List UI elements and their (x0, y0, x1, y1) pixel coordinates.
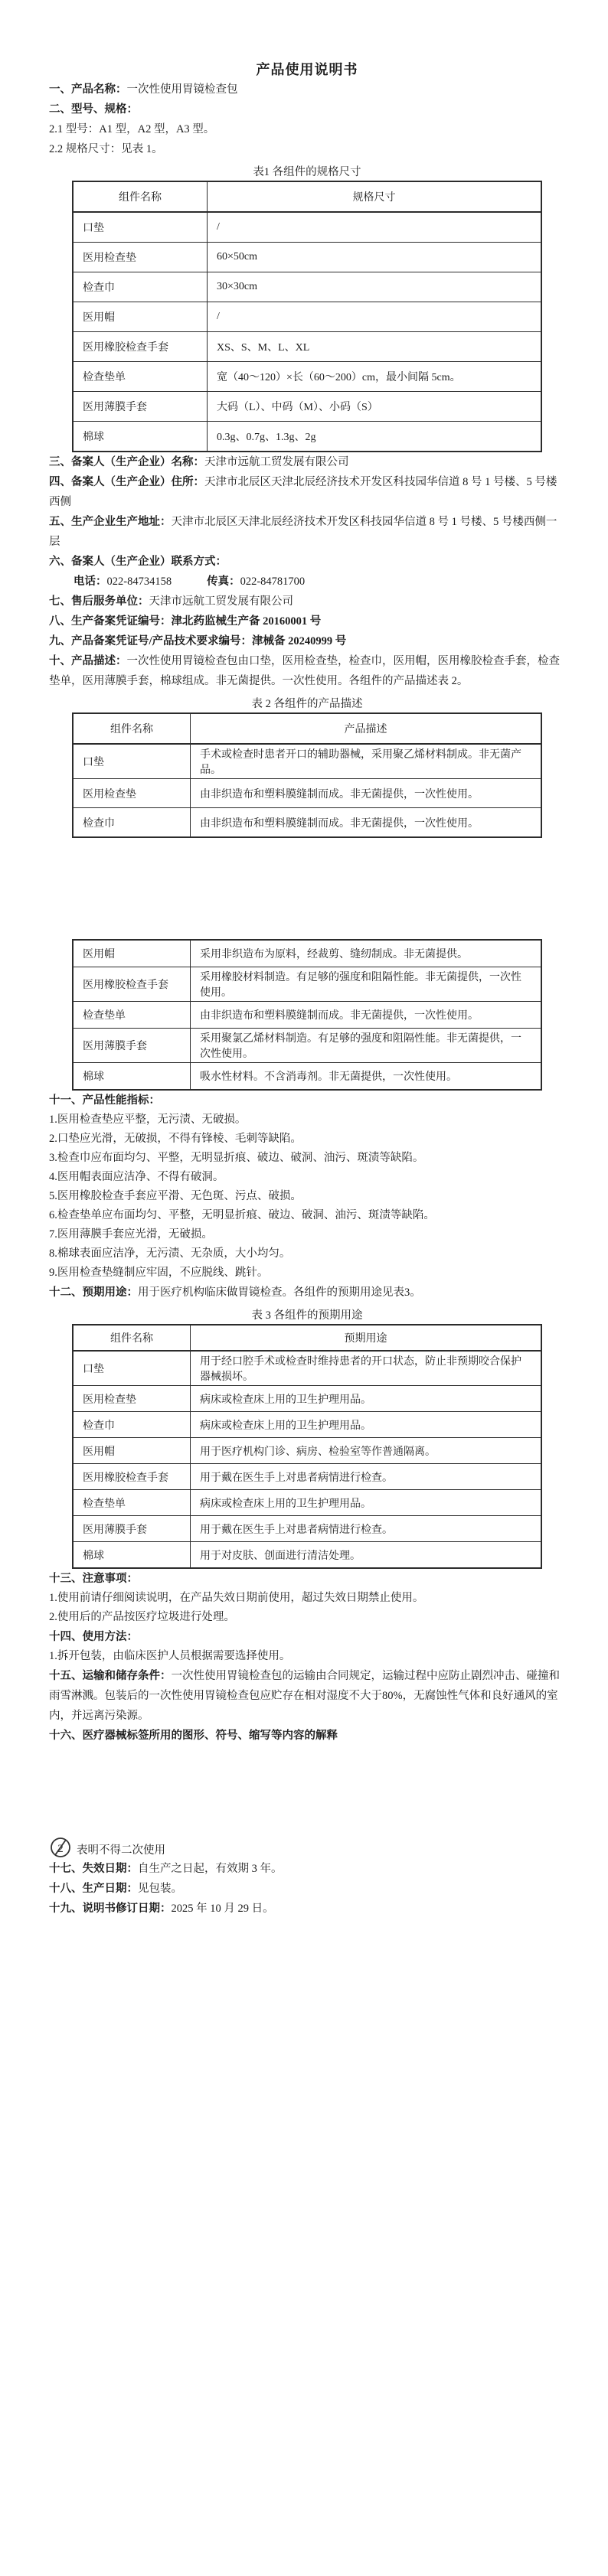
do-not-reuse-symbol-row: 2 表明不得二次使用 (49, 1836, 565, 1859)
section-10-product-description: 十、产品描述：一次性使用胃镜检查包由口垫，医用检查垫，检查巾，医用帽，医用橡胶检… (49, 651, 565, 691)
table-row: 医用帽用于医疗机构门诊、病房、检验室等作普通隔离。 (73, 1438, 541, 1464)
performance-item: 6.检查垫单应布面均匀、平整，无明显折痕、破边、破洞、油污、斑渍等缺陷。 (49, 1206, 565, 1225)
section-11-performance: 十一、产品性能指标： (49, 1091, 565, 1110)
table2-caption: 表 2 各组件的产品描述 (49, 696, 565, 712)
precaution-item: 1.使用前请仔细阅读说明，在产品失效日期前使用，超过失效日期禁止使用。 (49, 1589, 565, 1608)
table-cell: 医用薄膜手套 (73, 392, 208, 422)
table-cell: 采用聚氯乙烯材料制造。有足够的强度和阻隔性能。非无菌提供，一次性使用。 (191, 1029, 542, 1063)
table-cell: XS、S、M、L、XL (208, 332, 542, 362)
instruction-document-page: 产品使用说明书 一、产品名称：一次性使用胃镜检查包 二、型号、规格： 2.1 型… (0, 0, 608, 2576)
table3-caption: 表 3 各组件的预期用途 (49, 1307, 565, 1324)
table-cell: 医用检查垫 (73, 243, 208, 272)
do-not-reuse-icon: 2 (49, 1836, 72, 1859)
performance-item: 1.医用检查垫应平整，无污渍、无破损。 (49, 1110, 565, 1130)
table-row: 医用检查垫病床或检查床上用的卫生护理用品。 (73, 1386, 541, 1412)
table-cell: 医用橡胶检查手套 (73, 332, 208, 362)
section-text: 自生产之日起，有效期 3 年。 (138, 1863, 283, 1875)
table-cell: 病床或检查床上用的卫生护理用品。 (191, 1412, 542, 1438)
section-2-1-models: 2.1 型号：A1 型，A2 型，A3 型。 (49, 119, 565, 139)
table-header-cell: 预期用途 (191, 1325, 542, 1351)
precaution-item: 2.使用后的产品按医疗垃圾进行处理。 (49, 1608, 565, 1627)
table-cell: 医用橡胶检查手套 (73, 967, 191, 1002)
table-cell: / (208, 212, 542, 243)
table-cell: 手术或检查时患者开口的辅助器械，采用聚乙烯材料制成。非无菌产品。 (191, 744, 542, 779)
section-label: 十四、使用方法： (49, 1631, 138, 1643)
table2-product-description-part1: 组件名称产品描述口垫手术或检查时患者开口的辅助器械，采用聚乙烯材料制成。非无菌产… (72, 712, 542, 838)
section-1-product-name: 一、产品名称：一次性使用胃镜检查包 (49, 80, 565, 99)
table-row: 医用薄膜手套采用聚氯乙烯材料制造。有足够的强度和阻隔性能。非无菌提供，一次性使用… (73, 1029, 541, 1063)
section-label: 十三、注意事项： (49, 1573, 138, 1585)
table-header-row: 组件名称规格尺寸 (73, 181, 541, 212)
section-13-precautions: 十三、注意事项： (49, 1569, 565, 1589)
section-label: 七、售后服务单位： (49, 595, 149, 608)
table-row: 医用检查垫60×50cm (73, 243, 541, 272)
section-text: 2025 年 10 月 29 日。 (172, 1903, 274, 1915)
table-row: 口垫手术或检查时患者开口的辅助器械，采用聚乙烯材料制成。非无菌产品。 (73, 744, 541, 779)
performance-item: 8.棉球表面应洁净，无污渍、无杂质，大小均匀。 (49, 1244, 565, 1264)
section-17-expiry-date: 十七、失效日期：自生产之日起，有效期 3 年。 (49, 1859, 565, 1879)
table-cell: 检查垫单 (73, 1002, 191, 1029)
table-row: 医用橡胶检查手套用于戴在医生手上对患者病情进行检查。 (73, 1464, 541, 1490)
table-cell: 医用帽 (73, 302, 208, 332)
fax-label: 传真： (207, 576, 240, 588)
section-3-registrant-name: 三、备案人（生产企业）名称：天津市远航工贸发展有限公司 (49, 452, 565, 472)
table-row: 医用薄膜手套大码（L）、中码（M）、小码（S） (73, 392, 541, 422)
table-cell: 大码（L）、中码（M）、小码（S） (208, 392, 542, 422)
table-cell: 采用橡胶材料制造。有足够的强度和阻隔性能。非无菌提供，一次性使用。 (191, 967, 542, 1002)
table-cell: 棉球 (73, 1542, 191, 1569)
performance-item: 3.检查巾应布面均匀、平整，无明显折痕、破边、破洞、油污、斑渍等缺陷。 (49, 1149, 565, 1168)
section-label: 八、生产备案凭证编号： (49, 615, 172, 628)
table-row: 检查垫单病床或检查床上用的卫生护理用品。 (73, 1490, 541, 1516)
table-cell: 棉球 (73, 422, 208, 452)
performance-item: 5.医用橡胶检查手套应平滑、无色斑、污点、破损。 (49, 1187, 565, 1206)
table-header-row: 组件名称预期用途 (73, 1325, 541, 1351)
section-label: 五、生产企业生产地址： (49, 516, 172, 528)
section-label: 九、产品备案凭证号/产品技术要求编号： (49, 635, 252, 647)
section-16-symbols-explanation: 十六、医疗器械标签所用的图形、符号、缩写等内容的解释 (49, 1726, 565, 1746)
table-cell: 用于戴在医生手上对患者病情进行检查。 (191, 1516, 542, 1542)
table-row: 医用检查垫由非织造布和塑料膜缝制而成。非无菌提供，一次性使用。 (73, 779, 541, 808)
table-cell: 口垫 (73, 212, 208, 243)
table-row: 检查垫单宽（40～120）×长（60～200）cm，最小间隔 5cm。 (73, 362, 541, 392)
page-title: 产品使用说明书 (49, 0, 565, 80)
table-row: 检查巾30×30cm (73, 272, 541, 302)
table-cell: 30×30cm (208, 272, 542, 302)
section-14-usage-method: 十四、使用方法： (49, 1627, 565, 1647)
table-row: 医用橡胶检查手套XS、S、M、L、XL (73, 332, 541, 362)
section-label: 十五、运输和储存条件： (49, 1670, 172, 1682)
section-label: 三、备案人（生产企业）名称： (49, 456, 204, 468)
table-cell: 用于经口腔手术或检查时维持患者的开口状态，防止非预期咬合保护器械损坏。 (191, 1351, 542, 1386)
section-2-2-sizes: 2.2 规格尺寸：见表 1。 (49, 139, 565, 159)
table-cell: 医用检查垫 (73, 1386, 191, 1412)
table-cell: 检查巾 (73, 1412, 191, 1438)
section-18-production-date: 十八、生产日期：见包装。 (49, 1879, 565, 1899)
table-cell: 采用非织造布为原料，经裁剪、缝纫制成。非无菌提供。 (191, 940, 542, 967)
table-row: 棉球0.3g、0.7g、1.3g、2g (73, 422, 541, 452)
table-cell: 由非织造布和塑料膜缝制而成。非无菌提供，一次性使用。 (191, 779, 542, 808)
table-cell: 医用薄膜手套 (73, 1516, 191, 1542)
section-label: 十、产品描述： (49, 655, 127, 667)
section-label: 二、型号、规格： (49, 103, 138, 116)
fax-number: 022-84781700 (240, 576, 306, 588)
table-cell: 检查巾 (73, 808, 191, 838)
performance-item: 9.医用检查垫缝制应牢固，不应脱线、跳针。 (49, 1264, 565, 1283)
table-header-cell: 组件名称 (73, 713, 191, 744)
section-text: 津北药监械生产备 20160001 号 (172, 615, 322, 628)
table-cell: 病床或检查床上用的卫生护理用品。 (191, 1490, 542, 1516)
section-text: 天津市远航工贸发展有限公司 (149, 595, 294, 608)
section-7-after-sales: 七、售后服务单位：天津市远航工贸发展有限公司 (49, 592, 565, 611)
section-6-contact: 六、备案人（生产企业）联系方式： (49, 552, 565, 572)
table1-caption: 表1 各组件的规格尺寸 (49, 164, 565, 181)
table-row: 医用帽采用非织造布为原料，经裁剪、缝纫制成。非无菌提供。 (73, 940, 541, 967)
table-row: 口垫用于经口腔手术或检查时维持患者的开口状态，防止非预期咬合保护器械损坏。 (73, 1351, 541, 1386)
table-cell: 吸水性材料。不含消毒剂。非无菌提供，一次性使用。 (191, 1063, 542, 1091)
table-cell: 用于医疗机构门诊、病房、检验室等作普通隔离。 (191, 1438, 542, 1464)
table-row: 医用橡胶检查手套采用橡胶材料制造。有足够的强度和阻隔性能。非无菌提供，一次性使用… (73, 967, 541, 1002)
performance-item: 4.医用帽表面应洁净、不得有破洞。 (49, 1168, 565, 1187)
table-cell: 医用薄膜手套 (73, 1029, 191, 1063)
table-cell: 0.3g、0.7g、1.3g、2g (208, 422, 542, 452)
table-header-cell: 规格尺寸 (208, 181, 542, 212)
table-header-cell: 产品描述 (191, 713, 542, 744)
table-cell: 由非织造布和塑料膜缝制而成。非无菌提供，一次性使用。 (191, 808, 542, 838)
table-cell: 口垫 (73, 744, 191, 779)
section-label: 十八、生产日期： (49, 1883, 138, 1895)
table-cell: 口垫 (73, 1351, 191, 1386)
table-cell: 用于对皮肤、创面进行清洁处理。 (191, 1542, 542, 1569)
table-cell: 病床或检查床上用的卫生护理用品。 (191, 1386, 542, 1412)
section-label: 六、备案人（生产企业）联系方式： (49, 556, 227, 568)
table-cell: 医用橡胶检查手套 (73, 1464, 191, 1490)
table-row: 口垫/ (73, 212, 541, 243)
section-label: 十六、医疗器械标签所用的图形、符号、缩写等内容的解释 (49, 1730, 338, 1742)
table-header-row: 组件名称产品描述 (73, 713, 541, 744)
table-row: 棉球吸水性材料。不含消毒剂。非无菌提供，一次性使用。 (73, 1063, 541, 1091)
contact-phone-fax-line: 电话：022-84734158传真：022-84781700 (49, 572, 565, 592)
section-9-product-record-no: 九、产品备案凭证号/产品技术要求编号：津械备 20240999 号 (49, 631, 565, 651)
section-8-production-record-no: 八、生产备案凭证编号：津北药监械生产备 20160001 号 (49, 611, 565, 631)
table-cell: 医用检查垫 (73, 779, 191, 808)
section-2-model-spec: 二、型号、规格： (49, 99, 565, 119)
table-row: 医用薄膜手套用于戴在医生手上对患者病情进行检查。 (73, 1516, 541, 1542)
table-cell: 检查垫单 (73, 362, 208, 392)
section-5-production-address: 五、生产企业生产地址：天津市北辰区天津北辰经济技术开发区科技园华信道 8 号 1… (49, 512, 565, 552)
table-cell: 用于戴在医生手上对患者病情进行检查。 (191, 1464, 542, 1490)
table3-intended-use: 组件名称预期用途口垫用于经口腔手术或检查时维持患者的开口状态，防止非预期咬合保护… (72, 1324, 542, 1569)
section-19-revision-date: 十九、说明书修订日期：2025 年 10 月 29 日。 (49, 1899, 565, 1919)
table-cell: 检查巾 (73, 272, 208, 302)
table-cell: 由非织造布和塑料膜缝制而成。非无菌提供，一次性使用。 (191, 1002, 542, 1029)
table-cell: 医用帽 (73, 1438, 191, 1464)
section-4-registrant-address: 四、备案人（生产企业）住所：天津市北辰区天津北辰经济技术开发区科技园华信道 8 … (49, 472, 565, 512)
section-text: 一次性使用胃镜检查包 (127, 83, 238, 96)
section-label: 四、备案人（生产企业）住所： (49, 476, 204, 488)
section-label: 一、产品名称： (49, 83, 127, 96)
do-not-reuse-note: 表明不得二次使用 (77, 1842, 165, 1859)
performance-item: 7.医用薄膜手套应光滑，无破损。 (49, 1225, 565, 1244)
usage-item: 1.拆开包装，由临床医护人员根据需要选择使用。 (49, 1647, 565, 1666)
table-cell: / (208, 302, 542, 332)
section-label: 十一、产品性能指标： (49, 1094, 160, 1107)
table-cell: 60×50cm (208, 243, 542, 272)
section-text: 见包装。 (138, 1883, 182, 1895)
table-cell: 棉球 (73, 1063, 191, 1091)
phone-number: 022-84734158 (107, 576, 172, 588)
section-label: 十九、说明书修订日期： (49, 1903, 172, 1915)
table-row: 医用帽/ (73, 302, 541, 332)
section-text: 用于医疗机构临床做胃镜检查。各组件的预期用途见表3。 (138, 1286, 421, 1299)
document-content: 产品使用说明书 一、产品名称：一次性使用胃镜检查包 二、型号、规格： 2.1 型… (0, 0, 608, 1919)
table-header-cell: 组件名称 (73, 181, 208, 212)
performance-item: 2.口垫应光滑，无破损，不得有锋棱、毛刺等缺陷。 (49, 1130, 565, 1149)
section-text: 天津市远航工贸发展有限公司 (204, 456, 349, 468)
table-row: 检查巾病床或检查床上用的卫生护理用品。 (73, 1412, 541, 1438)
table-cell: 宽（40～120）×长（60～200）cm，最小间隔 5cm。 (208, 362, 542, 392)
table-header-cell: 组件名称 (73, 1325, 191, 1351)
table1-spec-sizes: 组件名称规格尺寸口垫/医用检查垫60×50cm检查巾30×30cm医用帽/医用橡… (72, 181, 542, 452)
table2-product-description-part2: 医用帽采用非织造布为原料，经裁剪、缝纫制成。非无菌提供。医用橡胶检查手套采用橡胶… (72, 939, 542, 1091)
section-15-transport-storage: 十五、运输和储存条件：一次性使用胃镜检查包的运输由合同规定，运输过程中应防止剧烈… (49, 1666, 565, 1726)
section-label: 十二、预期用途： (49, 1286, 138, 1299)
table-cell: 医用帽 (73, 940, 191, 967)
section-12-intended-use: 十二、预期用途：用于医疗机构临床做胃镜检查。各组件的预期用途见表3。 (49, 1283, 565, 1303)
table-row: 检查巾由非织造布和塑料膜缝制而成。非无菌提供，一次性使用。 (73, 808, 541, 838)
table-row: 检查垫单由非织造布和塑料膜缝制而成。非无菌提供，一次性使用。 (73, 1002, 541, 1029)
table-row: 棉球用于对皮肤、创面进行清洁处理。 (73, 1542, 541, 1569)
section-text: 津械备 20240999 号 (252, 635, 346, 647)
section-label: 十七、失效日期： (49, 1863, 138, 1875)
table-cell: 检查垫单 (73, 1490, 191, 1516)
phone-label: 电话： (74, 576, 107, 588)
